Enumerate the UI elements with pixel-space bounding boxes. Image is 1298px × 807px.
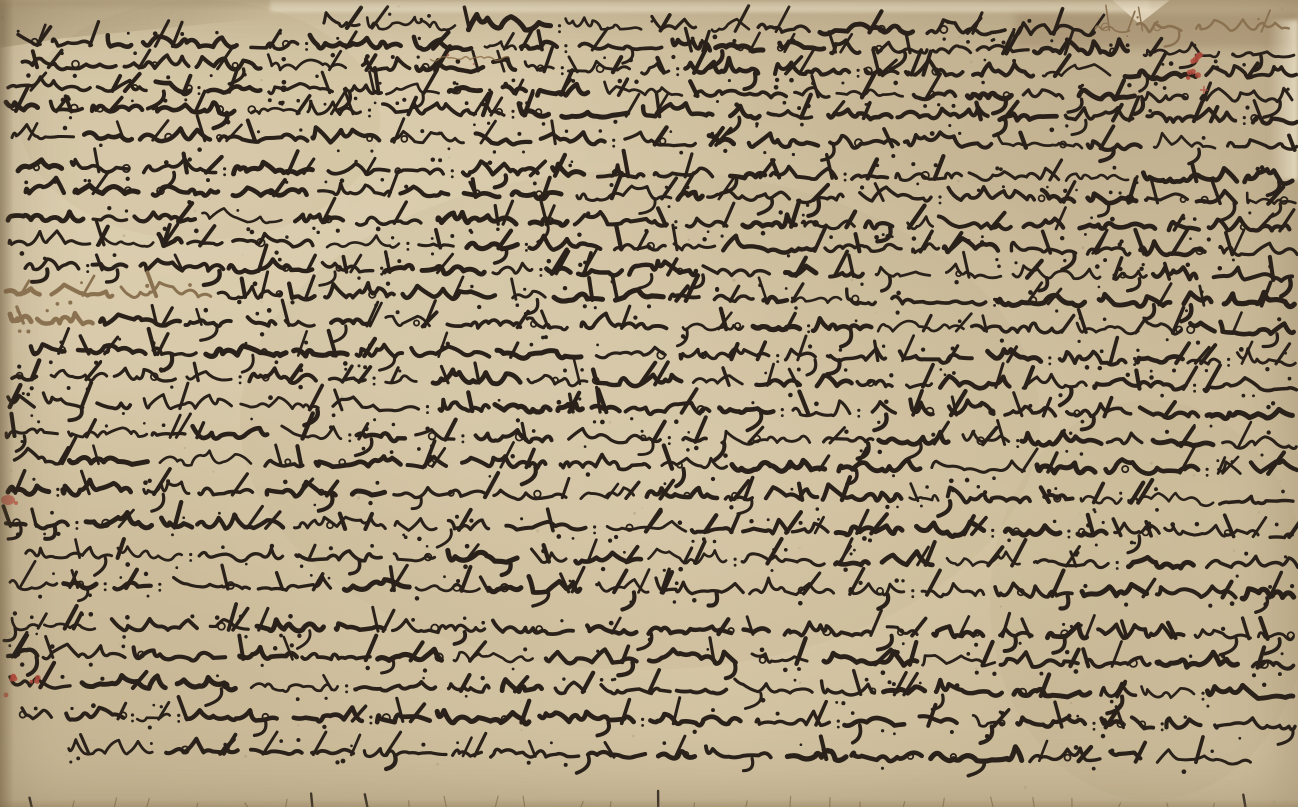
text-line: [1095, 5, 1289, 46]
manuscript-page: Aged tan paper leaf fully covered with d…: [0, 0, 1298, 807]
handwritten-text-layer: [0, 0, 1298, 807]
paper-stain: [990, 400, 1298, 800]
clipped-bottom-line-tips: [30, 791, 1246, 807]
